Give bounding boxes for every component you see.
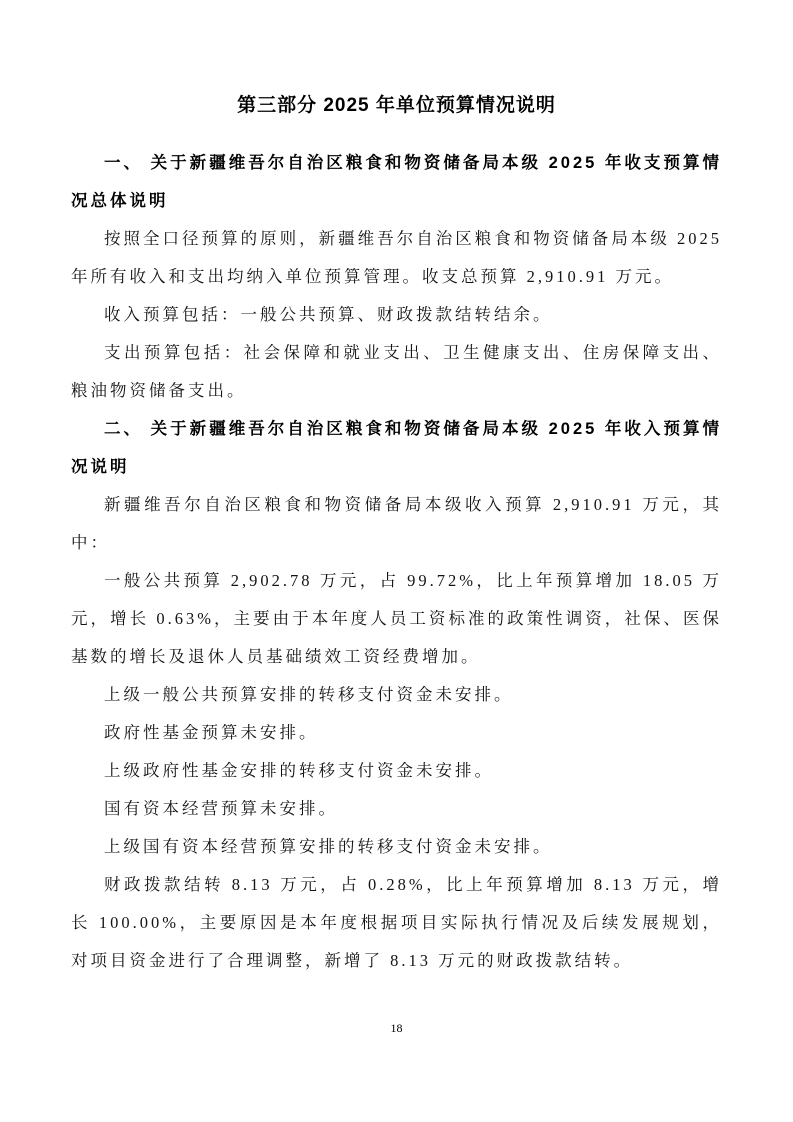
- page-number: 18: [0, 1021, 793, 1036]
- document-title: 第三部分 2025 年单位预算情况说明: [71, 87, 722, 125]
- paragraph-superior-state-capital-transfer: 上级国有资本经营预算安排的转移支付资金未安排。: [71, 828, 722, 866]
- paragraph-superior-general-transfer: 上级一般公共预算安排的转移支付资金未安排。: [71, 676, 722, 714]
- section-heading-2: 二、 关于新疆维吾尔自治区粮食和物资储备局本级 2025 年收入预算情况说明: [71, 410, 722, 486]
- paragraph-income-budget-includes: 收入预算包括：一般公共预算、财政拨款结转结余。: [71, 296, 722, 334]
- paragraph-expenditure-budget-includes: 支出预算包括：社会保障和就业支出、卫生健康支出、住房保障支出、粮油物资储备支出。: [71, 334, 722, 410]
- paragraph-general-public-budget: 一般公共预算 2,902.78 万元，占 99.72%，比上年预算增加 18.0…: [71, 562, 722, 676]
- paragraph-overall-budget: 按照全口径预算的原则，新疆维吾尔自治区粮食和物资储备局本级 2025 年所有收入…: [71, 220, 722, 296]
- paragraph-government-fund: 政府性基金预算未安排。: [71, 714, 722, 752]
- paragraph-income-total: 新疆维吾尔自治区粮食和物资储备局本级收入预算 2,910.91 万元，其中：: [71, 486, 722, 562]
- document-page: 第三部分 2025 年单位预算情况说明 一、 关于新疆维吾尔自治区粮食和物资储备…: [0, 0, 793, 1122]
- paragraph-state-capital: 国有资本经营预算未安排。: [71, 790, 722, 828]
- paragraph-superior-government-fund-transfer: 上级政府性基金安排的转移支付资金未安排。: [71, 752, 722, 790]
- section-heading-1: 一、 关于新疆维吾尔自治区粮食和物资储备局本级 2025 年收支预算情况总体说明: [71, 144, 722, 220]
- paragraph-fiscal-carryover: 财政拨款结转 8.13 万元，占 0.28%，比上年预算增加 8.13 万元，增…: [71, 866, 722, 980]
